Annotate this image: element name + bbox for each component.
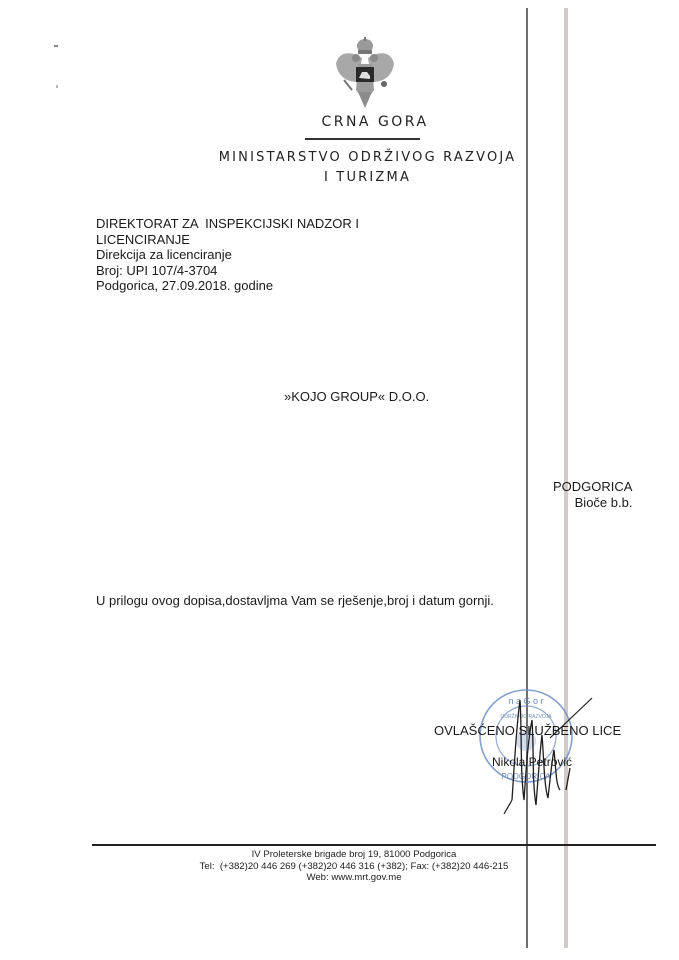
footer-address: IV Proleterske brigade broj 19, 81000 Po… [180, 849, 528, 861]
department: Direkcija za licenciranje [96, 247, 359, 263]
directorate-line-2: LICENCIRANJE [96, 232, 359, 248]
ministry-line-1: MINISTARSTVO ODRŽIVOG RAZVOJA [200, 148, 535, 168]
recipient-name: »KOJO GROUP« D.O.O. [284, 389, 429, 404]
reference-number: Broj: UPI 107/4-3704 [96, 263, 359, 279]
letter-body: U prilogu ovog dopisa,dostavljma Vam se … [96, 593, 494, 608]
scan-speck [54, 45, 58, 47]
footer: IV Proleterske brigade broj 19, 81000 Po… [180, 849, 528, 884]
ministry-line-2: I TURIZMA [200, 168, 535, 188]
ministry-name: MINISTARSTVO ODRŽIVOG RAZVOJA I TURIZMA [200, 148, 535, 188]
sender-block: DIREKTORAT ZA INSPEKCIJSKI NADZOR I LICE… [96, 216, 359, 294]
recipient-city: PODGORICA [553, 479, 632, 495]
recipient-street: Bioče b.b. [553, 495, 632, 511]
official-title: OVLAŠĆENO SLUŽBENO LICE [434, 723, 621, 738]
footer-web: Web: www.mrt.gov.me [180, 872, 528, 884]
directorate-line-1: DIREKTORAT ZA INSPEKCIJSKI NADZOR I [96, 216, 359, 232]
footer-divider [92, 844, 656, 846]
place-date: Podgorica, 27.09.2018. godine [96, 278, 359, 294]
montenegro-coat-of-arms-icon [332, 36, 398, 110]
header-divider [305, 138, 420, 140]
footer-contacts: Tel: (+382)20 446 269 (+382)20 446 316 (… [180, 861, 528, 873]
scan-speck [56, 85, 58, 88]
recipient-address: PODGORICA Bioče b.b. [553, 479, 632, 511]
official-name: Nikola Petrović [492, 755, 572, 769]
country-name: CRNA GORA [300, 114, 450, 130]
